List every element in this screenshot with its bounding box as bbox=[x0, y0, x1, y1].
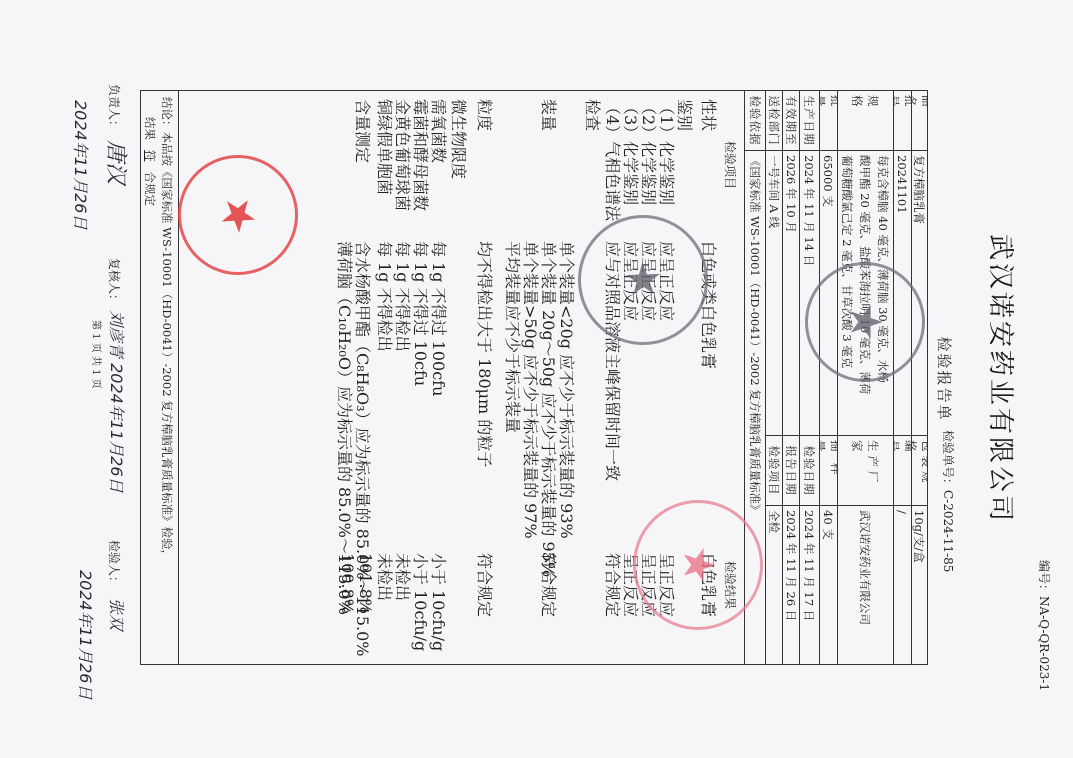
value-report-date: 2024 年 11 月 26 日 bbox=[783, 506, 799, 666]
header-row-basis: 检验依据 《国家标准 WS-10001（HD-0041）-2002 复方樟脑乳膏… bbox=[744, 91, 765, 664]
value-batch-no: 20241101 bbox=[894, 151, 911, 436]
item-name: 性状 bbox=[698, 99, 721, 131]
value-specification: 每克含樟脑 40 毫克、薄荷脑 30 毫克、水杨 酸甲酯 20 毫克、盐酸苯海拉… bbox=[838, 151, 893, 436]
item-result: 符合规定 bbox=[602, 553, 625, 617]
label-specification: 规 格 bbox=[838, 91, 893, 151]
label-batch-quantity: 批 量 bbox=[820, 91, 837, 151]
report-title: 检验报告单 bbox=[934, 0, 955, 758]
header-row-quantity: 批 量 65000 支 抽 样 量 40 支 bbox=[819, 91, 837, 664]
item-result: 100.8% bbox=[338, 553, 357, 614]
item-name: 铜绿假单胞菌 bbox=[374, 99, 397, 195]
value-expiry: 2026 年 10 月 bbox=[783, 151, 799, 436]
header-row-dates: 生产日期 2024 年 11 月 14 日 检验日期 2024 年 11 月 1… bbox=[799, 91, 819, 664]
inspector-label: 检验人： bbox=[106, 540, 123, 588]
inspection-report-page: 编号：NA-Q-QR-023-1 武汉诺安药业有限公司 检验报告单 检验单号：C… bbox=[0, 0, 1073, 758]
value-serial-no: / bbox=[894, 506, 911, 666]
company-name: 武汉诺安药业有限公司 bbox=[984, 0, 1021, 758]
header-row-dept: 送检部门 一号车间 A 线 检验项目 全检 bbox=[765, 91, 782, 664]
value-inspection-basis: 《国家标准 WS-10001（HD-0041）-2002 复方樟脑乳膏质量标准》 bbox=[745, 151, 765, 666]
item-name: 含量测定 bbox=[352, 99, 375, 163]
header-row-expiry: 有效期至 2026 年 10 月 报告日期 2024 年 11 月 26 日 bbox=[782, 91, 799, 664]
conclusion-result-label: 结果 bbox=[143, 117, 157, 140]
item-result: 符合规定 bbox=[538, 553, 561, 617]
item-result: 101.8% bbox=[356, 553, 375, 614]
label-expiry: 有效期至 bbox=[783, 91, 799, 151]
spec-line: 酸甲酯 20 毫克、盐酸苯海拉明 10 毫克、薄荷 bbox=[857, 155, 875, 394]
inspection-number: 检验单号：C-2024-11-85 bbox=[940, 430, 957, 572]
spec-line: 每克含樟脑 40 毫克、薄荷脑 30 毫克、水杨 bbox=[875, 155, 893, 383]
item-result: 未检出 bbox=[374, 553, 397, 601]
value-batch-quantity: 65000 支 bbox=[820, 151, 837, 436]
header-row-product: 品 名 复方樟脑乳膏 包装规格 10g/支/盒 bbox=[911, 91, 927, 664]
conclusion-block: 结论：本品按《国家标准 WS-10001（HD-0041）-2002 复方樟脑乳… bbox=[139, 91, 179, 664]
value-inspection-date: 2024 年 11 月 17 日 bbox=[800, 506, 819, 666]
reviewer-signature: 刘彦青 2024年11月26日 bbox=[106, 310, 129, 493]
label-manufacturer: 生产厂家 bbox=[838, 436, 893, 506]
value-production-date: 2024 年 11 月 14 日 bbox=[800, 151, 819, 436]
item-result: 符合规定 bbox=[474, 553, 497, 617]
inspector-signature: 张双 bbox=[106, 598, 129, 630]
label-inspection-basis: 检验依据 bbox=[745, 91, 765, 151]
label-inspection-date: 检验日期 bbox=[800, 436, 819, 506]
item-name: （4）气相色谱法 bbox=[602, 99, 625, 221]
item-name: 粒度 bbox=[474, 99, 497, 131]
label-production-date: 生产日期 bbox=[800, 91, 819, 151]
item-standard: 均不得检出大于 180μm 的粒子 bbox=[474, 241, 497, 467]
value-submitting-dept: 一号车间 A 线 bbox=[766, 151, 782, 436]
responsible-label: 负责人： bbox=[106, 84, 123, 132]
value-manufacturer: 武汉诺安药业有限公司 bbox=[838, 506, 893, 666]
header-row-spec: 规 格 每克含樟脑 40 毫克、薄荷脑 30 毫克、水杨 酸甲酯 20 毫克、盐… bbox=[837, 91, 893, 664]
form-code: 编号：NA-Q-QR-023-1 bbox=[1036, 560, 1053, 691]
conclusion-result-value: 符 bbox=[143, 140, 157, 172]
item-standard: 每 1g 不得检出 bbox=[374, 241, 397, 352]
value-package-spec: 10g/支/盒 bbox=[912, 506, 927, 666]
spec-line: 葡萄糖酸氯己定 2 毫克、甘草次酸 3 毫克 bbox=[839, 155, 857, 368]
responsible-sign-date: 2024年11月26日 bbox=[70, 100, 93, 229]
value-inspection-items: 全检 bbox=[766, 506, 782, 666]
label-inspection-items: 检验项目 bbox=[766, 436, 782, 506]
item-standard: 平均装量应不少于标示装量 bbox=[502, 241, 525, 433]
label-product-name: 品 名 bbox=[912, 91, 927, 151]
label-serial-no: 编 号 bbox=[894, 436, 911, 506]
col-head-item: 检验项目 bbox=[722, 141, 739, 189]
item-standard: 应与对照品溶液主峰保留时间一致 bbox=[602, 241, 625, 481]
header-row-batch: 批 号 20241101 编 号 / bbox=[893, 91, 911, 664]
item-name: 检查 bbox=[582, 99, 605, 131]
item-name: 装量 bbox=[538, 99, 561, 131]
item-standard: 白色或类白色乳膏 bbox=[698, 241, 721, 369]
conclusion-result-suffix: 合规定 bbox=[143, 172, 157, 207]
item-name: 微生物限度 bbox=[448, 99, 471, 179]
responsible-signature: 唐汉 bbox=[102, 140, 133, 184]
page-info: 第 1 页 共 1 页 bbox=[90, 320, 105, 389]
value-sample-quantity: 40 支 bbox=[820, 506, 837, 666]
report-table: 品 名 复方樟脑乳膏 包装规格 10g/支/盒 批 号 20241101 编 号… bbox=[140, 90, 928, 665]
label-sample-quantity: 抽 样 量 bbox=[820, 436, 837, 506]
reviewer-label: 复核人： bbox=[106, 258, 123, 306]
conclusion-result: 结果符合规定 bbox=[142, 117, 158, 206]
label-submitting-dept: 送检部门 bbox=[766, 91, 782, 151]
conclusion-text: 结论：本品按《国家标准 WS-10001（HD-0041）-2002 复方樟脑乳… bbox=[159, 97, 175, 561]
inspector-sign-date: 2024年11月26日 bbox=[75, 570, 98, 699]
label-report-date: 报告日期 bbox=[783, 436, 799, 506]
label-package-spec: 包装规格 bbox=[912, 436, 927, 506]
label-batch-no: 批 号 bbox=[894, 91, 911, 151]
item-result: 白色乳膏 bbox=[698, 553, 721, 617]
col-head-result: 检验结果 bbox=[722, 561, 739, 609]
value-product-name: 复方樟脑乳膏 bbox=[912, 151, 927, 436]
